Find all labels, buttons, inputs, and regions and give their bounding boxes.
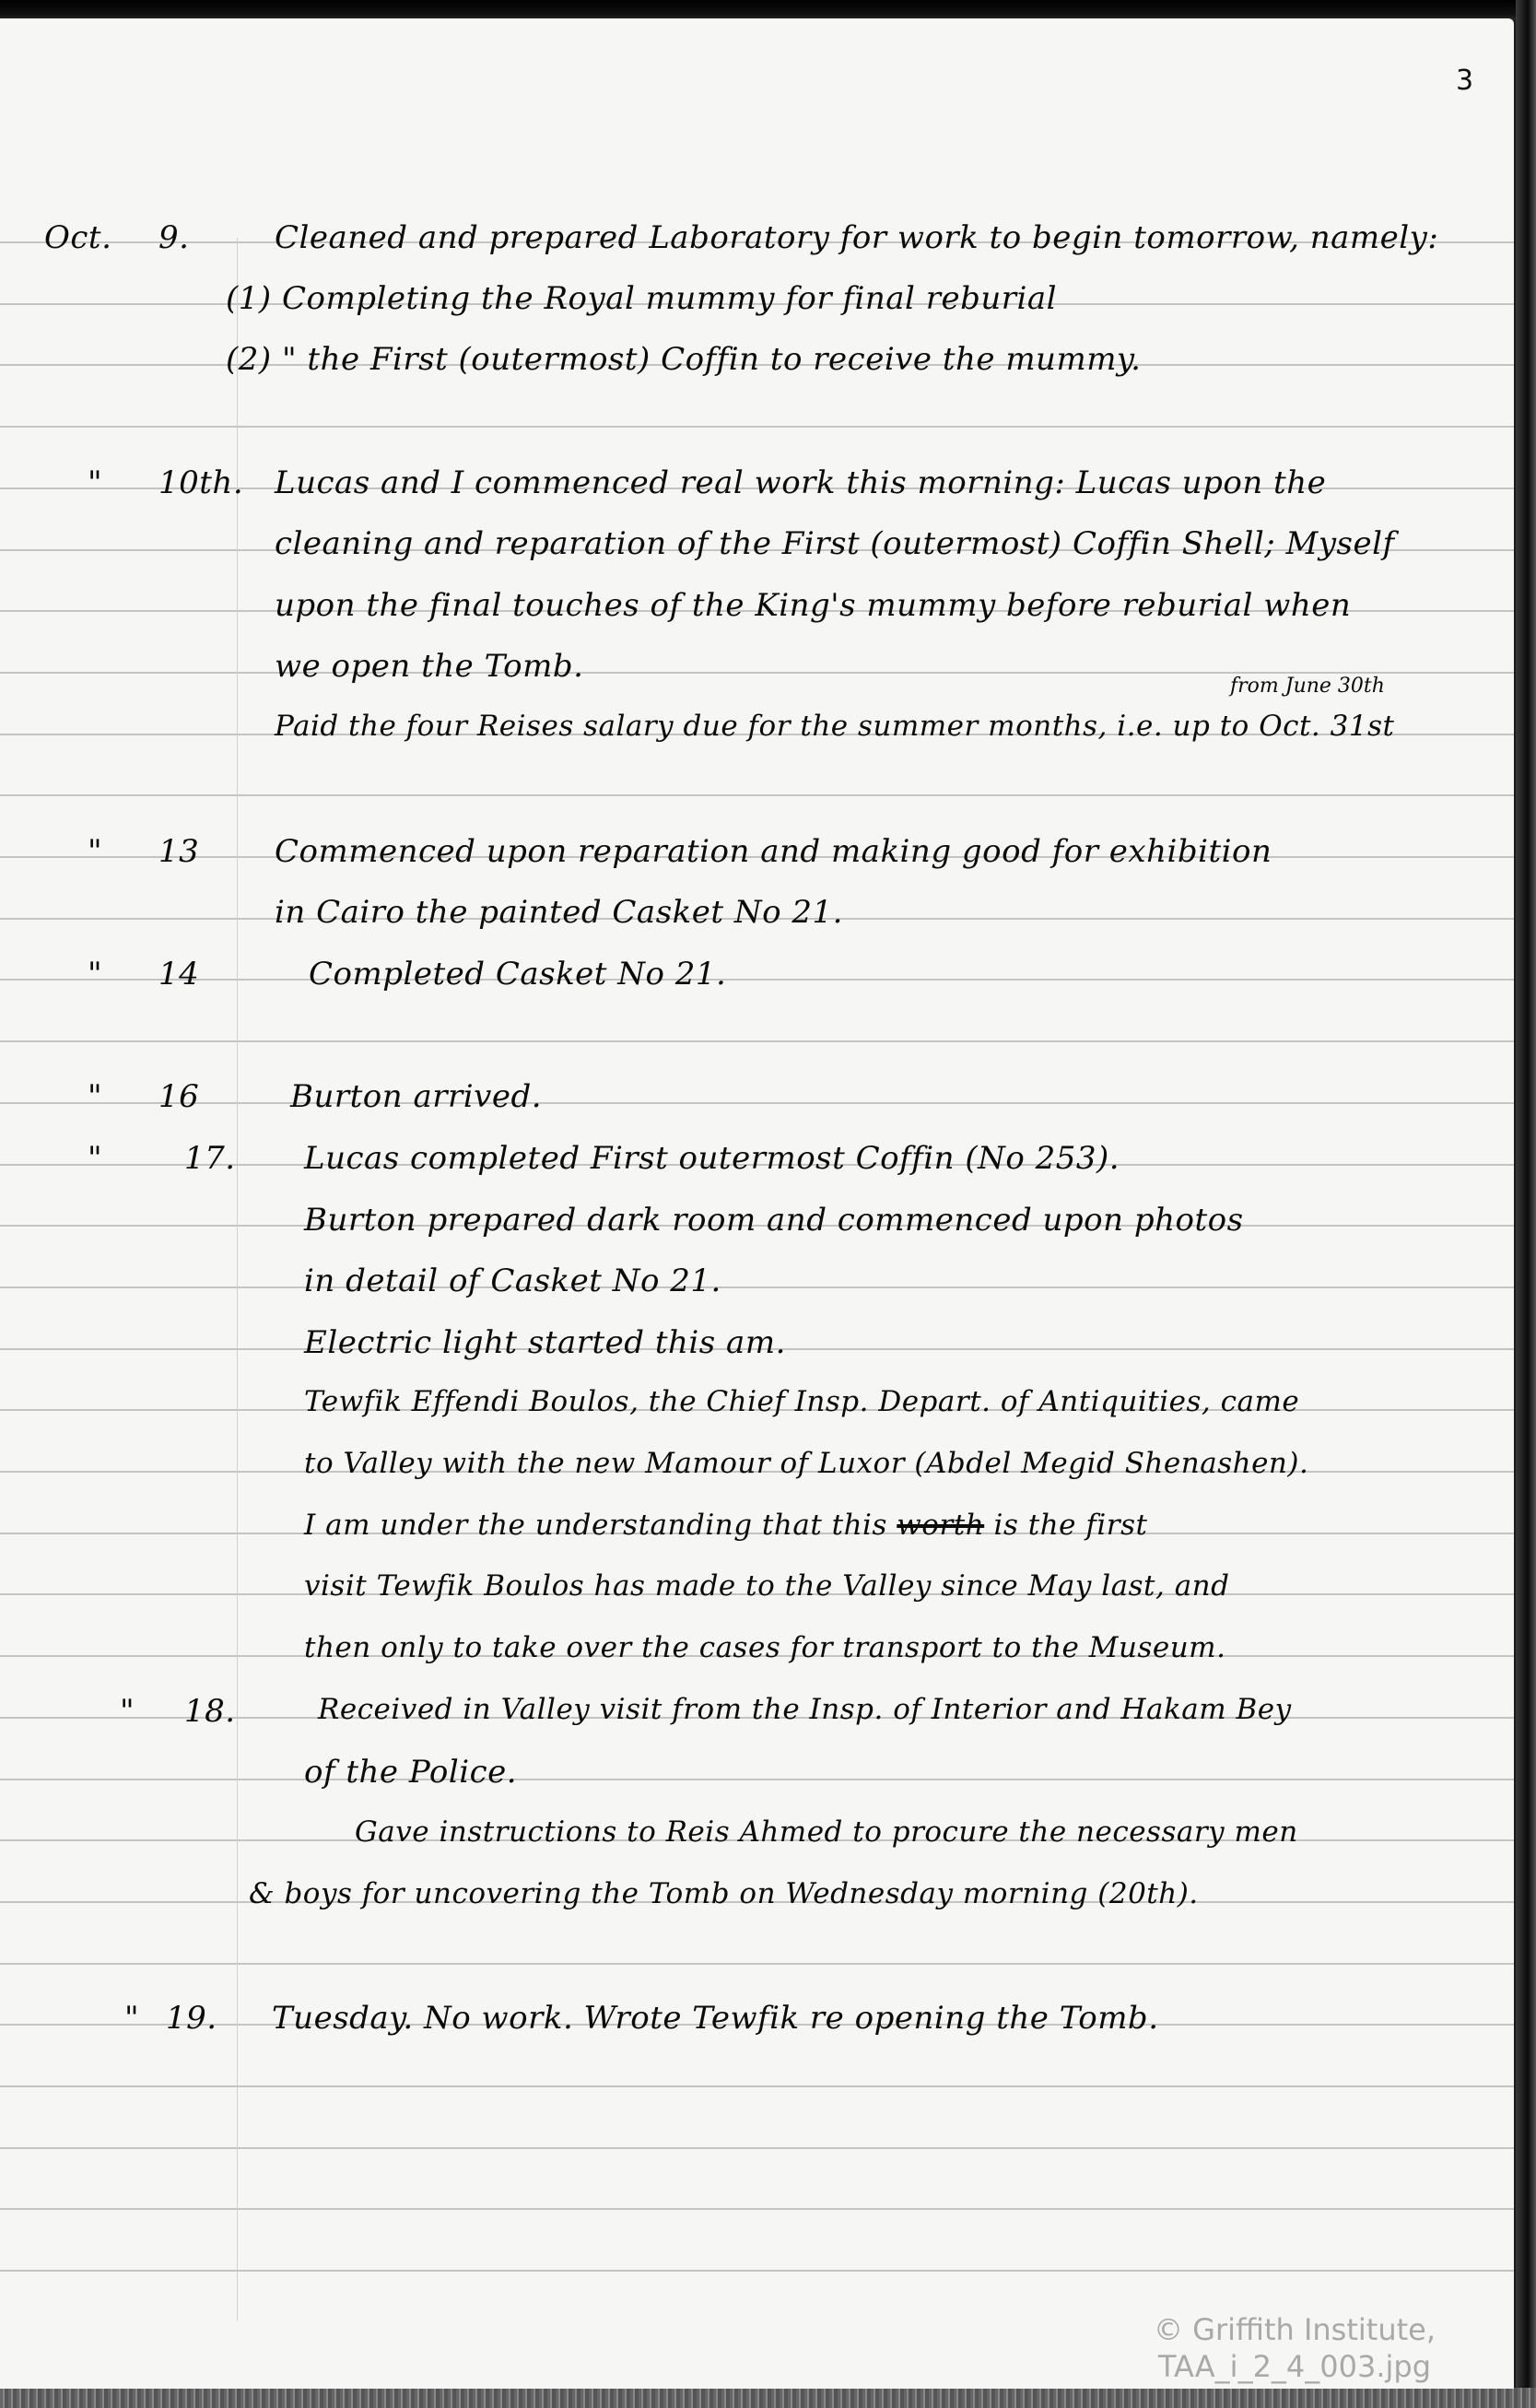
entry-line: then only to take over the cases for tra… [304, 1631, 1225, 1664]
entry-line: to Valley with the new Mamour of Luxor (… [304, 1447, 1308, 1480]
entry-line: of the Police. [304, 1754, 517, 1791]
entry-line: Electric light started this am. [304, 1324, 786, 1361]
entry-day: 19. [166, 2000, 217, 2037]
book-spine-edge [1516, 0, 1536, 2408]
entry-line: Tuesday. No work. Wrote Tewfik re openin… [272, 2000, 1159, 2037]
ruled-line [0, 2208, 1514, 2210]
ruled-line [0, 794, 1514, 796]
entry-line: Received in Valley visit from the Insp. … [318, 1693, 1292, 1726]
entry-line: Lucas completed First outermost Coffin (… [304, 1140, 1120, 1177]
watermark-line: TAA_i_2_4_003.jpg [1124, 2348, 1465, 2385]
struck-word: worth [897, 1509, 984, 1542]
entry-line: cleaning and reparation of the First (ou… [275, 525, 1395, 562]
entry-line-part: is the first [984, 1509, 1147, 1542]
book-bottom-edge [0, 2388, 1536, 2408]
entry-line: in detail of Casket No 21. [304, 1263, 721, 1299]
entry-line: Burton arrived. [290, 1078, 542, 1115]
copyright-watermark: © Griffith Institute, TAA_i_2_4_003.jpg [1124, 2311, 1465, 2385]
journal-page: 3 Oct. 9. Cleaned and prepared Laborator… [0, 18, 1514, 2389]
entry-line: we open the Tomb. [275, 648, 583, 685]
ditto-mark: " [88, 464, 102, 501]
entry-line: Completed Casket No 21. [309, 956, 726, 993]
entry-month: Oct. [44, 219, 111, 256]
entry-line: upon the final touches of the King's mum… [275, 587, 1351, 624]
ditto-mark: " [88, 956, 102, 993]
entry-day: 9. [158, 219, 189, 256]
entry-line: (1) Completing the Royal mummy for final… [226, 280, 1057, 317]
entry-day: 17. [184, 1140, 236, 1177]
entry-day: 14 [158, 956, 199, 993]
entry-line: in Cairo the painted Casket No 21. [275, 894, 843, 931]
ruled-line [0, 2270, 1514, 2272]
ruled-line [0, 2147, 1514, 2149]
ruled-line [0, 1779, 1514, 1780]
ruled-line [0, 1286, 1514, 1288]
ditto-mark: " [88, 1140, 102, 1177]
entry-day: 18. [184, 1693, 236, 1730]
ditto-mark: " [124, 2000, 139, 2037]
entry-line: Burton prepared dark room and commenced … [304, 1202, 1244, 1239]
entry-line: Cleaned and prepared Laboratory for work… [275, 219, 1438, 256]
entry-line: Gave instructions to Reis Ahmed to procu… [355, 1815, 1298, 1849]
watermark-line: © Griffith Institute, [1124, 2311, 1465, 2348]
ruled-line [0, 1040, 1514, 1042]
entry-line-part: I am under the understanding that this [304, 1509, 897, 1542]
ruled-line [0, 1102, 1514, 1104]
entry-line: Lucas and I commenced real work this mor… [275, 464, 1326, 501]
ruled-line [0, 1963, 1514, 1965]
ruled-line [0, 426, 1514, 428]
ruled-line [0, 979, 1514, 981]
entry-line: I am under the understanding that this w… [304, 1509, 1147, 1542]
entry-line: visit Tewfik Boulos has made to the Vall… [304, 1569, 1230, 1603]
entry-line: Commenced upon reparation and making goo… [275, 833, 1272, 870]
interlinear-insertion: from June 30th [1230, 675, 1385, 698]
ruled-line [0, 2085, 1514, 2087]
ruled-line [0, 672, 1514, 674]
ditto-mark: " [120, 1693, 135, 1730]
entry-line: & boys for uncovering the Tomb on Wednes… [249, 1877, 1199, 1910]
entry-line: Tewfik Effendi Boulos, the Chief Insp. D… [304, 1385, 1299, 1418]
book-top-edge [0, 0, 1536, 20]
entry-day: 13 [158, 833, 199, 870]
entry-line: (2) " the First (outermost) Coffin to re… [226, 341, 1141, 378]
ditto-mark: " [88, 833, 102, 870]
margin-line [237, 238, 238, 2320]
entry-day: 16 [158, 1078, 199, 1115]
entry-line: Paid the four Reises salary due for the … [275, 710, 1394, 743]
ditto-mark: " [88, 1078, 102, 1115]
entry-day: 10th. [158, 464, 243, 501]
page-number: 3 [1456, 65, 1473, 97]
